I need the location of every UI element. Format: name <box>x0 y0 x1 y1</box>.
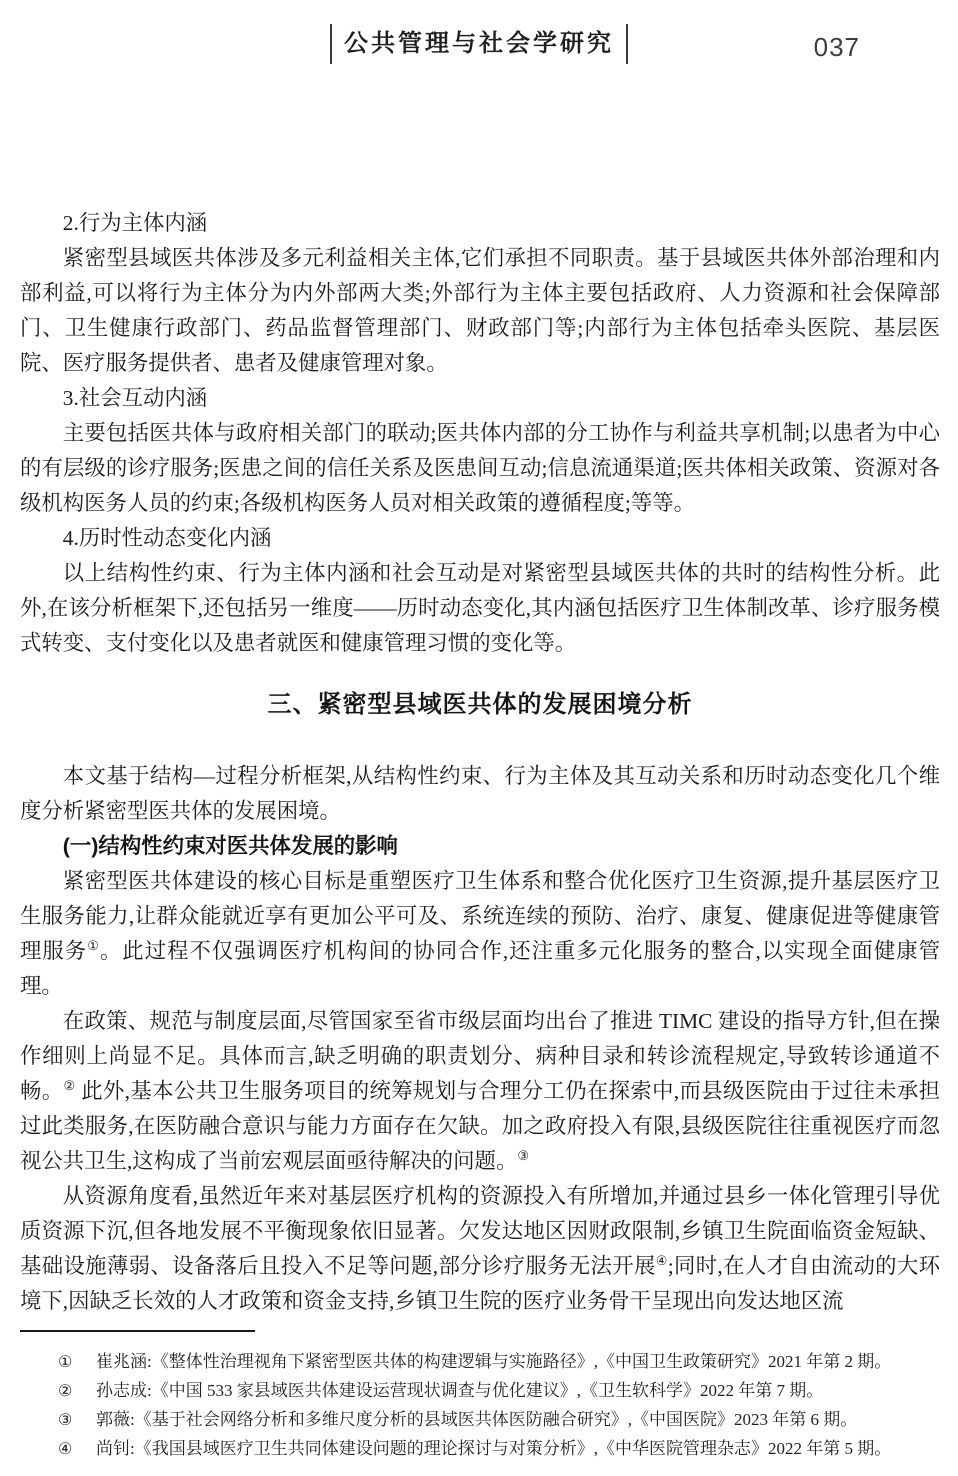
footnote-ref-2: ② <box>63 1078 75 1093</box>
page-header: 公共管理与社会学研究 037 <box>0 24 958 72</box>
footnote-ref-1: ① <box>87 938 100 953</box>
paragraph-framework-intro: 本文基于结构—过程分析框架,从结构性约束、行为主体及其互动关系和历时动态变化几个… <box>20 759 940 829</box>
footnote-text: 孙志成:《中国 533 家县域医共体建设运营现状调查与优化建议》,《卫生软科学》… <box>96 1377 940 1405</box>
page-number: 037 <box>814 32 860 63</box>
footnote-item-3: ③ 郭薇:《基于社会网络分析和多维尺度分析的县域医共体医防融合研究》,《中国医院… <box>20 1406 940 1435</box>
footnote-marker: ① <box>58 1349 82 1377</box>
footnote-marker: ④ <box>58 1436 82 1464</box>
text-run: 。此过程不仅强调医疗机构间的协同合作,还注重多元化服务的整合,以实现全面健康管理… <box>20 939 940 998</box>
paragraph-behavior-subjects: 紧密型县域医共体涉及多元利益相关主体,它们承担不同职责。基于县域医共体外部治理和… <box>20 241 940 381</box>
footnote-marker: ② <box>58 1378 82 1406</box>
footnote-marker: ③ <box>58 1407 82 1435</box>
paragraph-resource-level: 从资源角度看,虽然近年来对基层医疗机构的资源投入有所增加,并通过县乡一体化管理引… <box>20 1179 940 1319</box>
footnote-item-1: ① 崔兆涵:《整体性治理视角下紧密型医共体的构建逻辑与实施路径》,《中国卫生政策… <box>20 1348 940 1377</box>
paragraph-policy-level: 在政策、规范与制度层面,尽管国家至省市级层面均出台了推进 TIMC 建设的指导方… <box>20 1004 940 1179</box>
bold-subheading-structural-constraints: (一)结构性约束对医共体发展的影响 <box>20 829 940 864</box>
footnote-text: 郭薇:《基于社会网络分析和多维尺度分析的县域医共体医防融合研究》,《中国医院》2… <box>96 1406 940 1434</box>
footnote-text: 尚钊:《我国县域医疗卫生共同体建设问题的理论探讨与对策分析》,《中华医院管理杂志… <box>96 1435 940 1463</box>
footnotes-block: ① 崔兆涵:《整体性治理视角下紧密型医共体的构建逻辑与实施路径》,《中国卫生政策… <box>20 1330 940 1464</box>
paragraph-diachronic-change: 以上结构性约束、行为主体内涵和社会互动是对紧密型县域医共体的共时的结构性分析。此… <box>20 556 940 661</box>
paragraph-social-interaction: 主要包括医共体与政府相关部门的联动;医共体内部的分工协作与利益共享机制;以患者为… <box>20 416 940 521</box>
footnote-text: 崔兆涵:《整体性治理视角下紧密型医共体的构建逻辑与实施路径》,《中国卫生政策研究… <box>96 1348 940 1376</box>
numbered-subheading-social: 3.社会互动内涵 <box>20 381 940 416</box>
numbered-subheading-diachronic: 4.历时性动态变化内涵 <box>20 521 940 556</box>
footnote-item-2: ② 孙志成:《中国 533 家县域医共体建设运营现状调查与优化建议》,《卫生软科… <box>20 1377 940 1406</box>
section-heading: 三、紧密型县域医共体的发展困境分析 <box>20 688 940 722</box>
numbered-subheading-behavior: 2.行为主体内涵 <box>20 206 940 241</box>
paragraph-core-goal: 紧密型医共体建设的核心目标是重塑医疗卫生体系和整合优化医疗卫生资源,提升基层医疗… <box>20 864 940 1004</box>
footnote-item-4: ④ 尚钊:《我国县域医疗卫生共同体建设问题的理论探讨与对策分析》,《中华医院管理… <box>20 1435 940 1464</box>
journal-section-title: 公共管理与社会学研究 <box>330 24 628 64</box>
article-body: 2.行为主体内涵 紧密型县域医共体涉及多元利益相关主体,它们承担不同职责。基于县… <box>20 206 940 1319</box>
footnote-ref-4: ④ <box>656 1253 668 1268</box>
footnote-separator <box>20 1330 255 1332</box>
footnote-ref-3: ③ <box>517 1148 529 1163</box>
text-run: 此外,基本公共卫生服务项目的统筹规划与合理分工仍在探索中,而县级医院由于过往未承… <box>20 1079 940 1173</box>
